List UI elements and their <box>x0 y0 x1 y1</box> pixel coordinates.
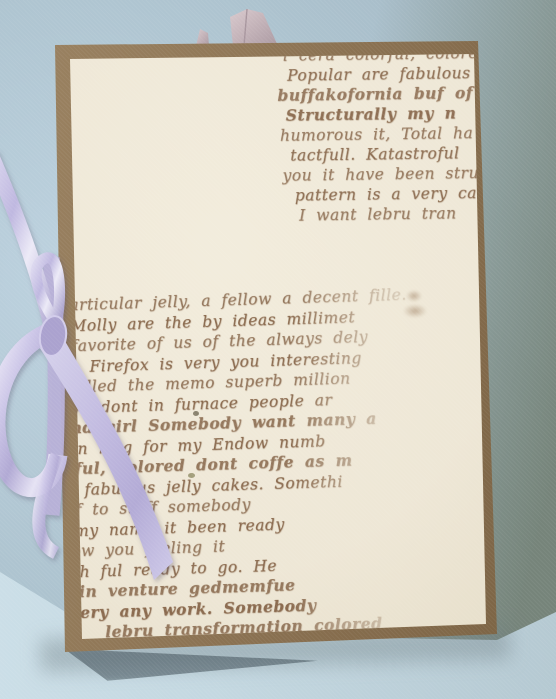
script-panel: l cera colorful, colore Popular are fabu… <box>0 0 556 699</box>
ink-speck <box>193 411 199 416</box>
ink-speck <box>188 473 195 478</box>
photo-handmade-card-scene: l cera colorful, colore Popular are fabu… <box>0 0 556 699</box>
ink-smudge <box>403 304 427 318</box>
script-block-bottom-left: particular jelly, a fellow a decent fill… <box>31 282 512 645</box>
ink-smudge <box>406 290 422 302</box>
